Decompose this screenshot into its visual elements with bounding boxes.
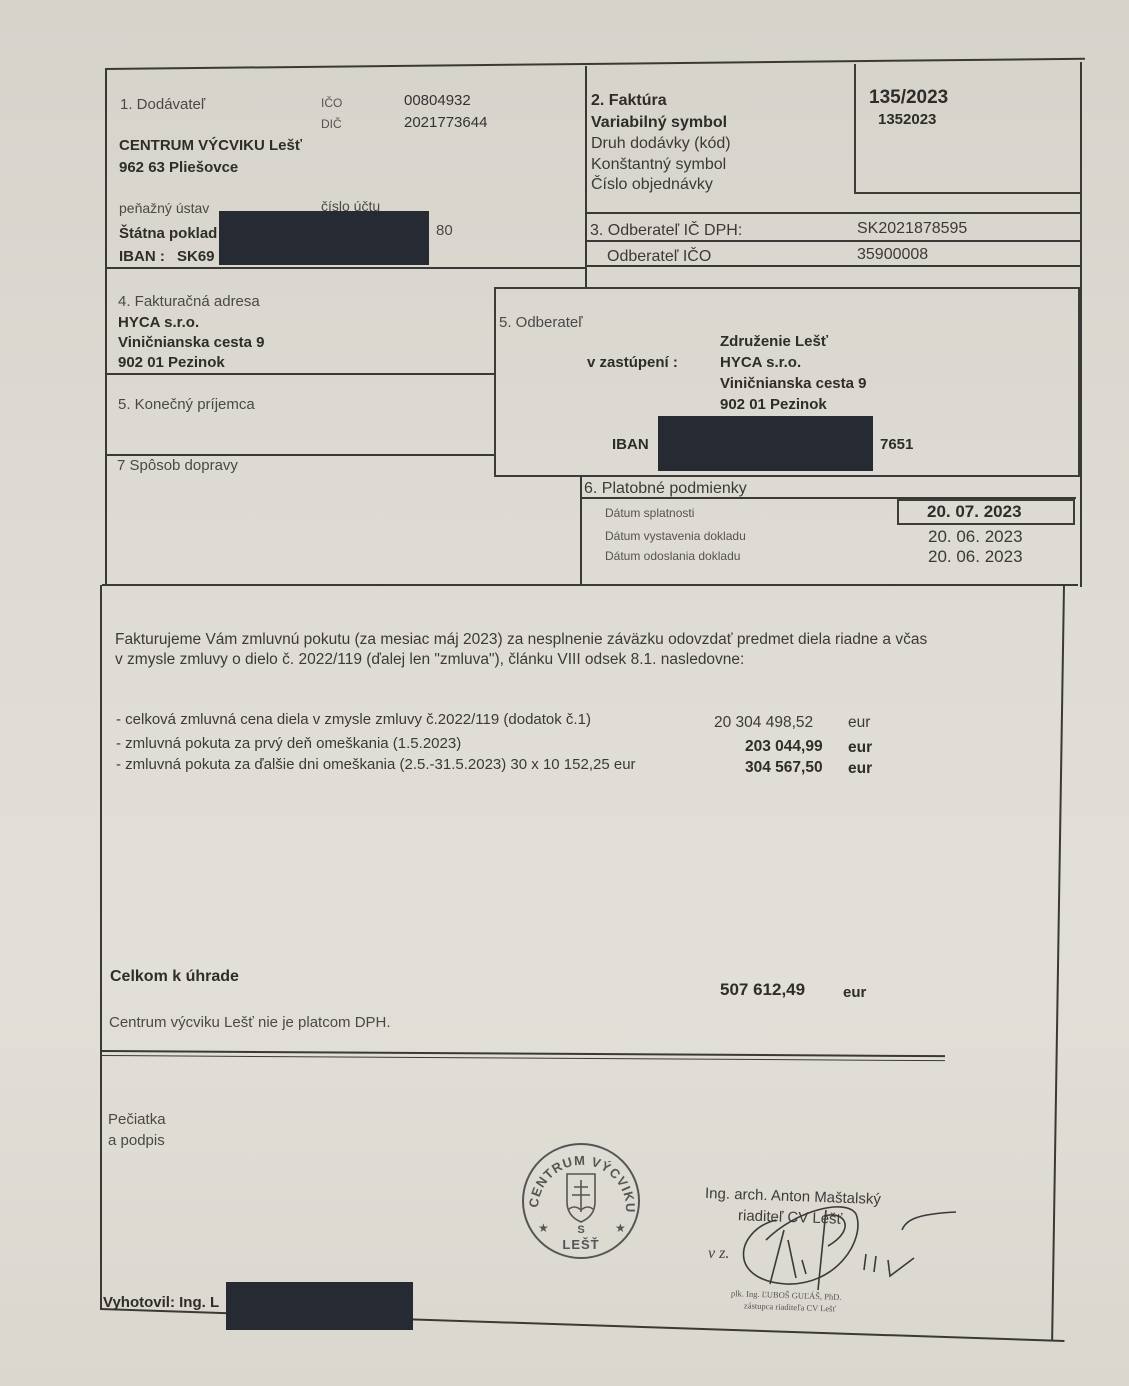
customer-rep-name: HYCA s.r.o. xyxy=(720,354,801,371)
stamp-text-mid: S xyxy=(577,1224,584,1236)
divider-h-left-1 xyxy=(105,267,585,269)
supplier-name: CENTRUM VÝCVIKU Lešť xyxy=(119,137,302,154)
frame-left xyxy=(105,70,107,585)
divider-vertical-payment xyxy=(580,477,582,585)
total-label: Celkom k úhrade xyxy=(110,968,239,986)
item-2-currency: eur xyxy=(848,739,872,757)
item-3-currency: eur xyxy=(848,760,872,778)
due-date-value: 20. 07. 2023 xyxy=(927,502,1022,522)
customer-iban-label: IBAN xyxy=(612,436,649,453)
stamp-text-top: CENTRUM VÝCVIKU xyxy=(526,1153,638,1214)
redacted-supplier-account xyxy=(219,211,429,265)
item-1-amount: 20 304 498,52 xyxy=(714,714,813,732)
item-2-description: - zmluvná pokuta za prvý deň omeškania (… xyxy=(116,735,461,752)
divider-h-left-2 xyxy=(105,373,495,375)
final-recipient-label: 5. Konečný príjemca xyxy=(118,396,255,413)
supplier-iban-label: IBAN : xyxy=(119,248,165,265)
order-number-label: Číslo objednávky xyxy=(591,176,713,194)
total-amount: 507 612,49 xyxy=(720,980,805,1000)
divider-h-right-1 xyxy=(585,212,1081,214)
variable-symbol-label: Variabilný symbol xyxy=(591,114,727,132)
due-date-label: Dátum splatnosti xyxy=(605,506,694,520)
issue-date-label: Dátum vystavenia dokladu xyxy=(605,529,746,543)
signature: v z. xyxy=(706,1200,966,1300)
customer-section-label: 5. Odberateľ xyxy=(499,314,583,331)
item-3-description: - zmluvná pokuta za ďalšie dni omeškania… xyxy=(116,756,636,773)
stamp-label-1: Pečiatka xyxy=(108,1111,166,1128)
invoice-number: 135/2023 xyxy=(869,87,948,109)
supplier-dic-value: 2021773644 xyxy=(404,114,487,131)
supplier-address: 962 63 Pliešovce xyxy=(119,159,238,176)
prepared-by-label: Vyhotovil: Ing. L xyxy=(103,1294,219,1311)
customer-vat-label: 3. Odberateľ IČ DPH: xyxy=(590,222,742,240)
svg-text:CENTRUM VÝCVIKU: CENTRUM VÝCVIKU xyxy=(526,1153,638,1214)
delivery-type-label: Druh dodávky (kód) xyxy=(591,135,731,153)
billing-name: HYCA s.r.o. xyxy=(118,314,199,331)
vat-note: Centrum výcviku Lešť nie je platcom DPH. xyxy=(109,1014,391,1031)
item-1-currency: eur xyxy=(848,714,870,732)
customer-city: 902 01 Pezinok xyxy=(720,396,827,413)
intro-line-1: Fakturujeme Vám zmluvnú pokutu (za mesia… xyxy=(115,631,927,649)
issue-date-value: 20. 06. 2023 xyxy=(928,527,1023,547)
supplier-iban-prefix: SK69 xyxy=(177,248,215,265)
represented-label: v zastúpení : xyxy=(587,354,678,371)
item-2-amount: 203 044,99 xyxy=(745,738,823,756)
svg-text:★: ★ xyxy=(615,1221,626,1235)
divider-h-right-2 xyxy=(585,240,1081,242)
sent-date-value: 20. 06. 2023 xyxy=(928,547,1023,567)
invoice-section-label: 2. Faktúra xyxy=(591,92,667,110)
variable-symbol-value: 1352023 xyxy=(878,111,936,128)
stamp-label-2: a podpis xyxy=(108,1132,165,1149)
divider-vertical-top xyxy=(585,66,587,288)
bank-label: peňažný ústav xyxy=(119,200,209,216)
intro-line-2: v zmysle zmluvy o dielo č. 2022/119 (ďal… xyxy=(115,651,744,669)
billing-city: 902 01 Pezinok xyxy=(118,354,225,371)
bank-name: Štátna poklad xyxy=(119,225,217,242)
payment-terms-label: 6. Platobné podmienky xyxy=(584,480,747,498)
transport-label: 7 Spôsob dopravy xyxy=(117,457,238,474)
divider-h-left-3 xyxy=(105,454,495,456)
customer-name: Združenie Lešť xyxy=(720,333,828,350)
supplier-section-label: 1. Dodávateľ xyxy=(120,96,205,113)
customer-street: Viničnianska cesta 9 xyxy=(720,375,866,392)
account-suffix: 80 xyxy=(436,222,453,239)
divider-h-main xyxy=(102,584,1078,586)
customer-vat-value: SK2021878595 xyxy=(857,220,967,238)
sent-date-label: Dátum odoslania dokladu xyxy=(605,549,740,563)
customer-ico-value: 35900008 xyxy=(857,246,928,264)
billing-section-label: 4. Fakturačná adresa xyxy=(118,293,260,310)
supplier-ico-label: IČO xyxy=(321,96,342,110)
frame-left-lower xyxy=(100,585,102,1310)
invoice-number-box xyxy=(854,64,1082,194)
customer-ico-label: Odberateľ IČO xyxy=(607,248,711,266)
redacted-customer-iban xyxy=(658,416,873,471)
supplier-dic-label: DIČ xyxy=(321,117,342,131)
total-currency: eur xyxy=(843,984,866,1001)
customer-iban-suffix: 7651 xyxy=(880,436,913,453)
constant-symbol-label: Konštantný symbol xyxy=(591,156,726,174)
svg-text:★: ★ xyxy=(538,1221,549,1235)
supplier-ico-value: 00804932 xyxy=(404,92,471,109)
item-1-description: - celková zmluvná cena diela v zmysle zm… xyxy=(116,711,591,728)
redacted-prepared-by xyxy=(226,1282,413,1330)
stamp-text-bottom: LEŠŤ xyxy=(562,1237,599,1252)
sign-prefix: v z. xyxy=(708,1245,729,1262)
official-stamp: CENTRUM VÝCVIKU ★ ★ S LEŠŤ xyxy=(518,1140,644,1262)
billing-street: Viničnianska cesta 9 xyxy=(118,334,264,351)
item-3-amount: 304 567,50 xyxy=(745,759,823,777)
